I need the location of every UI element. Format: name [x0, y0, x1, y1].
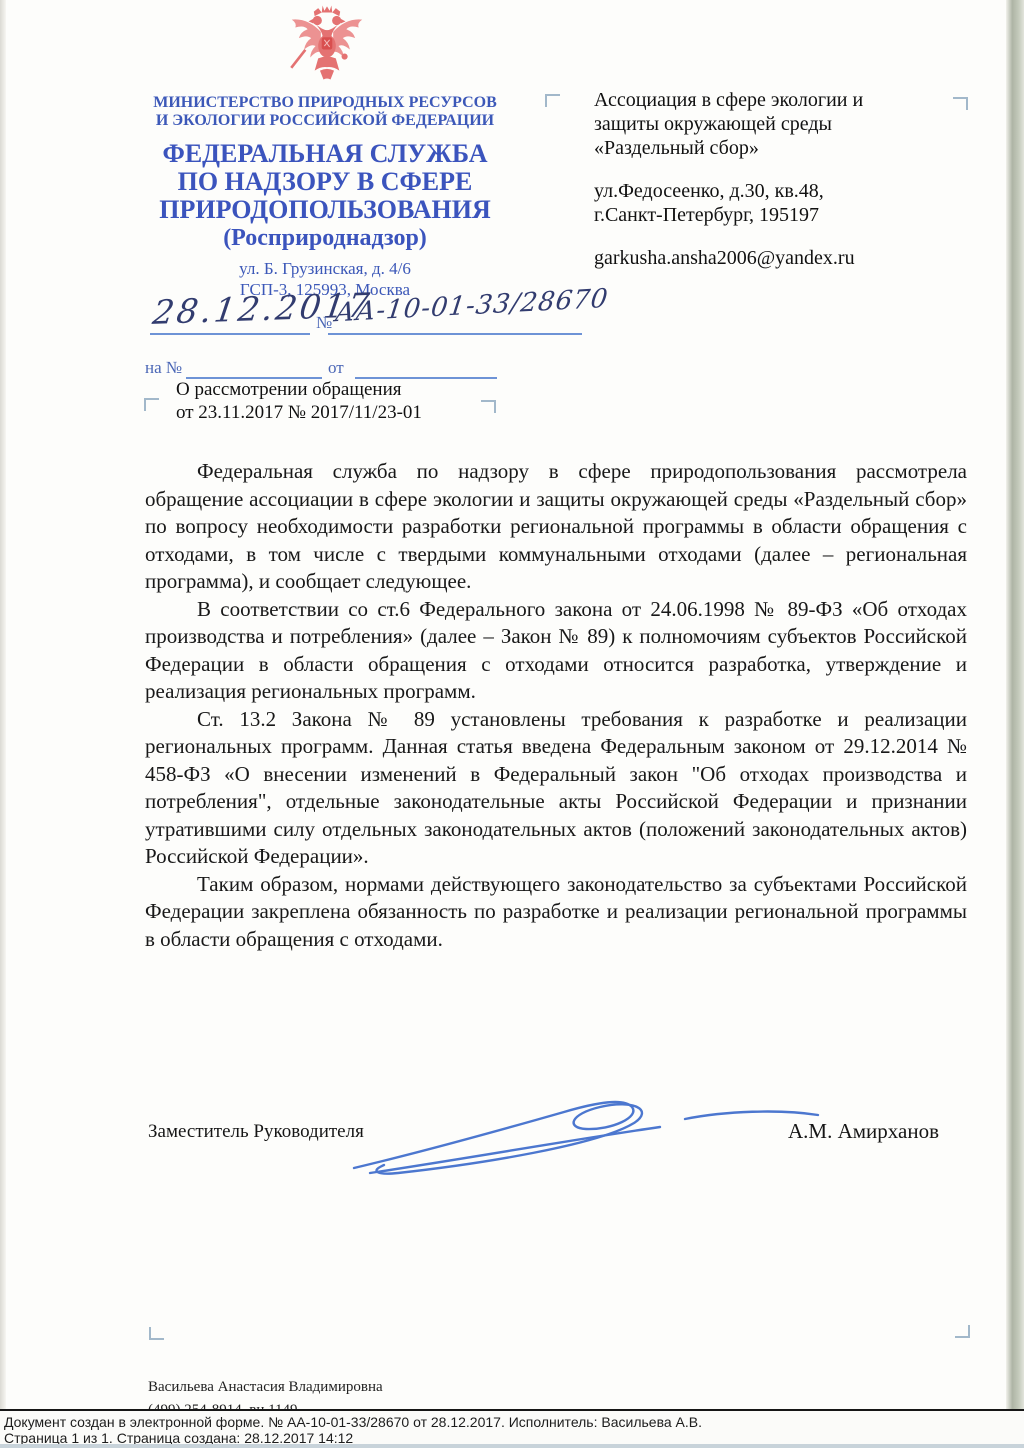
coat-of-arms-eagle-icon — [283, 2, 371, 90]
scanned-letter-page: МИНИСТЕРСТВО ПРИРОДНЫХ РЕСУРСОВ И ЭКОЛОГ… — [0, 0, 1024, 1448]
letter-body: Федеральная служба по надзору в сфере пр… — [145, 458, 967, 953]
number-sign-label: № — [316, 313, 332, 333]
agency-short-name: (Росприроднадзор) — [125, 224, 525, 252]
letter-subject: О рассмотрении обращения от 23.11.2017 №… — [176, 378, 422, 424]
ministry-name: МИНИСТЕРСТВО ПРИРОДНЫХ РЕСУРСОВ И ЭКОЛОГ… — [135, 94, 515, 130]
body-paragraph: Федеральная служба по надзору в сфере пр… — [145, 458, 967, 596]
agency-line1: ФЕДЕРАЛЬНАЯ СЛУЖБА — [125, 140, 525, 168]
signer-position-title: Заместитель Руководителя — [148, 1121, 364, 1143]
body-paragraph: Таким образом, нормами действующего зако… — [145, 871, 967, 954]
agency-name: ФЕДЕРАЛЬНАЯ СЛУЖБА ПО НАДЗОРУ В СФЕРЕ ПР… — [125, 140, 525, 252]
recipient-name-line3: «Раздельный сбор» — [594, 136, 939, 160]
executor-name: Васильева Анастасия Владимировна — [148, 1376, 383, 1399]
number-underline — [328, 333, 582, 335]
recipient-name-line1: Ассоциация в сфере экологии и — [594, 88, 939, 112]
ministry-line1: МИНИСТЕРСТВО ПРИРОДНЫХ РЕСУРСОВ — [135, 94, 515, 112]
corner-mark-subject-right — [481, 400, 496, 413]
recipient-name-line2: защиты окружающей среды — [594, 112, 939, 136]
edocument-footer-bar: Документ создан в электронной форме. № А… — [0, 1409, 1024, 1448]
corner-mark-bottom-left — [149, 1327, 164, 1340]
scan-edge-right — [1006, 0, 1024, 1448]
scan-edge-bottom — [0, 1444, 1024, 1448]
recipient-address-line2: г.Санкт-Петербург, 195197 — [594, 203, 939, 227]
signer-name: А.М. Амирханов — [788, 1119, 939, 1144]
recipient-address-line1: ул.Федосеенко, д.30, кв.48, — [594, 179, 939, 203]
ministry-line2: И ЭКОЛОГИИ РОССИЙСКОЙ ФЕДЕРАЦИИ — [135, 112, 515, 130]
scan-edge-left — [0, 0, 6, 1448]
corner-mark-recipient-left — [545, 94, 560, 107]
agency-address-line1: ул. Б. Грузинская, д. 4/6 — [135, 258, 515, 279]
date-underline — [150, 333, 310, 335]
subject-line2: от 23.11.2017 № 2017/11/23-01 — [176, 401, 422, 424]
agency-line2: ПО НАДЗОРУ В СФЕРЕ — [125, 168, 525, 196]
footer-line1: Документ создан в электронной форме. № А… — [4, 1414, 1024, 1430]
reply-from-label: от — [328, 358, 344, 378]
corner-mark-bottom-right — [955, 1325, 970, 1338]
recipient-email: garkusha.ansha2006@yandex.ru — [594, 246, 939, 270]
body-paragraph: Ст. 13.2 Закона № 89 установлены требова… — [145, 706, 967, 871]
reply-number-label: на № — [145, 358, 182, 378]
body-paragraph: В соответствии со ст.6 Федерального зако… — [145, 596, 967, 706]
corner-mark-subject-left — [144, 398, 159, 411]
agency-line3: ПРИРОДОПОЛЬЗОВАНИЯ — [125, 196, 525, 224]
recipient-block: Ассоциация в сфере экологии и защиты окр… — [594, 88, 939, 270]
handwritten-signature — [340, 1086, 840, 1178]
corner-mark-recipient-right — [953, 97, 968, 110]
subject-line1: О рассмотрении обращения — [176, 378, 422, 401]
